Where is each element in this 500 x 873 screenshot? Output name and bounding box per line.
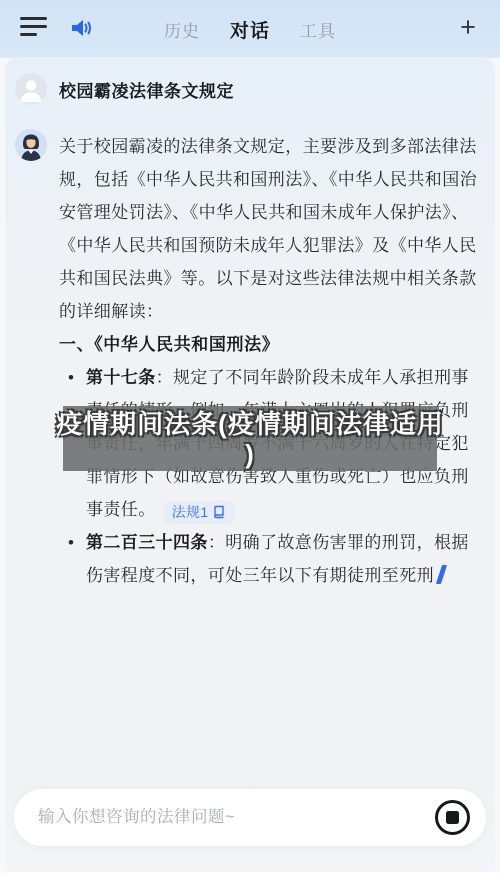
tab-history[interactable]: 历史 [164, 17, 200, 42]
user-avatar [15, 73, 47, 105]
user-message-row: 校园霸凌法律条文规定 [15, 73, 485, 105]
law-bullet-list: 第十七条：规定了不同年龄阶段未成年人承担刑事责任的情形，例如，年满十六周岁的人犯… [59, 361, 485, 592]
ai-message-row: 关于校园霸凌的法律条文规定，主要涉及到多部法律法规，包括《中华人民共和国刑法》、… [15, 129, 485, 592]
assistant-message: 关于校园霸凌的法律条文规定，主要涉及到多部法律法规，包括《中华人民共和国刑法》、… [59, 129, 485, 592]
law-article-term: 第十七条 [86, 368, 156, 387]
message-composer [14, 789, 486, 846]
menu-icon[interactable] [20, 17, 48, 39]
law-article-text: ：规定了不同年龄阶段未成年人承担刑事责任的情形，例如，年满十六周岁的人犯罪应负刑… [86, 368, 469, 519]
header-tabs: 历史 对话 工具 [164, 0, 336, 58]
tab-tools[interactable]: 工具 [300, 17, 336, 42]
book-icon [212, 505, 226, 519]
tab-dialogue[interactable]: 对话 [230, 16, 270, 43]
app-screen: 历史 对话 工具 + 校园霸凌法律条文规定 [0, 0, 500, 873]
stop-generation-button[interactable] [435, 800, 470, 835]
law-bullet-article-234: 第二百三十四条：明确了故意伤害罪的刑罚，根据伤害程度不同，可处三年以下有期徒刑至… [59, 526, 485, 592]
speaker-icon[interactable] [68, 15, 94, 41]
header-bar: 历史 对话 工具 + [0, 0, 500, 58]
regulation-reference-badge[interactable]: 法规1 [164, 501, 234, 524]
streaming-cursor [436, 565, 447, 584]
assistant-intro-text: 关于校园霸凌的法律条文规定，主要涉及到多部法律法规，包括《中华人民共和国刑法》、… [59, 130, 485, 328]
new-chat-button[interactable]: + [452, 12, 484, 44]
law-section-heading: 一、《中华人民共和国刑法》 [59, 328, 485, 361]
assistant-avatar [15, 129, 47, 161]
user-message-text: 校园霸凌法律条文规定 [59, 73, 234, 102]
chat-panel: 校园霸凌法律条文规定 关于校园霸凌的法律条文规定，主要涉及到多部法律法规，包括《… [5, 57, 495, 873]
law-bullet-article-17: 第十七条：规定了不同年龄阶段未成年人承担刑事责任的情形，例如，年满十六周岁的人犯… [59, 361, 485, 526]
law-article-term: 第二百三十四条 [86, 533, 208, 552]
question-input[interactable] [38, 808, 435, 827]
regulation-badge-label: 法规1 [172, 502, 209, 522]
